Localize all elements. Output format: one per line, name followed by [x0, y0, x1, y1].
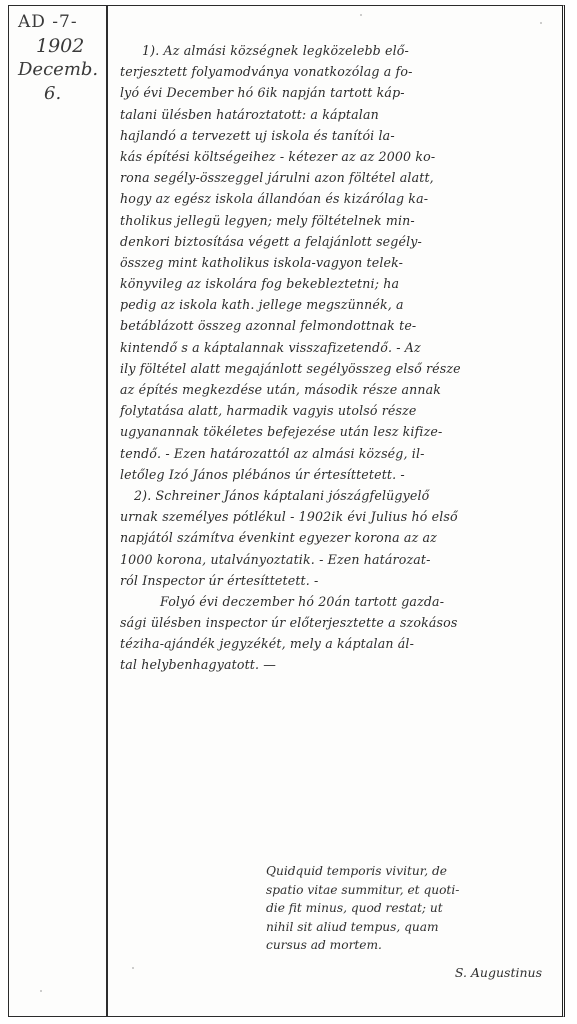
body-line: tal helybenhagyatott. — — [120, 654, 562, 675]
body-line: terjesztett folyamodványa vonatkozólag a… — [120, 61, 562, 82]
quote-line: nihil sit aliud tempus, quam — [266, 918, 556, 937]
body-line: 1000 korona, utalványoztatik. - Ezen hat… — [120, 549, 562, 570]
body-line: 2). Schreiner János káptalani jószágfelü… — [120, 485, 562, 506]
body-line: sági ülésben inspector úr előterjesztett… — [120, 612, 562, 633]
body-line: denkori biztosítása végett a felajánlott… — [120, 231, 562, 252]
body-line: könyvileg az iskolára fog bekebleztetni;… — [120, 273, 562, 294]
body-line: hajlandó a tervezett uj iskola és tanító… — [120, 125, 562, 146]
body-line: rona segély-összeggel járulni azon fölté… — [120, 167, 562, 188]
body-line: hogy az egész iskola állandóan és kizáró… — [120, 188, 562, 209]
paper-speck — [360, 14, 362, 16]
quote-attribution: S. Augustinus — [266, 965, 556, 980]
margin-reference: AD -7- — [14, 10, 104, 34]
body-line: talani ülésben határoztatott: a káptalan — [120, 104, 562, 125]
quote-line: cursus ad mortem. — [266, 936, 556, 955]
body-line: lyó évi December hó 6ik napján tartott k… — [120, 82, 562, 103]
paper-speck — [132, 967, 134, 969]
body-line: Folyó évi deczember hó 20án tartott gazd… — [120, 591, 562, 612]
body-line: ugyanannak tökéletes befejezése után les… — [120, 421, 562, 442]
body-line: ily föltétel alatt megajánlott segélyöss… — [120, 358, 562, 379]
body-line: 1). Az almási községnek legközelebb elő- — [120, 40, 562, 61]
body-line: pedig az iskola kath. jellege megszünnék… — [120, 294, 562, 315]
quote-line: die fit minus, quod restat; ut — [266, 899, 556, 918]
body-line: folytatása alatt, harmadik vagyis utolsó… — [120, 400, 562, 421]
body-line: kintendő s a káptalannak visszafizetendő… — [120, 337, 562, 358]
body-line: napjától számítva évenkint egyezer koron… — [120, 527, 562, 548]
quote-line: Quidquid temporis vivitur, de — [266, 862, 556, 881]
body-line: összeg mint katholikus iskola-vagyon tel… — [120, 252, 562, 273]
body-line: urnak személyes pótlékul - 1902ik évi Ju… — [120, 506, 562, 527]
body-line: tendő. - Ezen határozattól az almási köz… — [120, 443, 562, 464]
margin-year: 1902 — [14, 34, 104, 58]
paper-speck — [40, 990, 42, 992]
body-line: letőleg Izó János plébános úr értesíttet… — [120, 464, 562, 485]
body-line: betáblázott összeg azonnal felmondottnak… — [120, 315, 562, 336]
body-line: ról Inspector úr értesíttetett. - — [120, 570, 562, 591]
paper-speck — [540, 22, 542, 24]
minutes-body: 1). Az almási községnek legközelebb elő-… — [120, 40, 562, 676]
margin-rule — [106, 5, 108, 1017]
body-line: tholikus jellegü legyen; mely föltételne… — [120, 210, 562, 231]
body-line: az építés megkezdése után, második része… — [120, 379, 562, 400]
quote-line: spatio vitae summitur, et quoti- — [266, 881, 556, 900]
margin-date-column: AD -7- 1902 Decemb. 6. — [14, 10, 104, 106]
margin-month: Decemb. — [14, 58, 104, 82]
latin-quote: Quidquid temporis vivitur, de spatio vit… — [266, 862, 556, 980]
body-line: kás építési költségeihez - kétezer az az… — [120, 146, 562, 167]
margin-day: 6. — [14, 82, 104, 106]
body-line: téziha-ajándék jegyzékét, mely a káptala… — [120, 633, 562, 654]
